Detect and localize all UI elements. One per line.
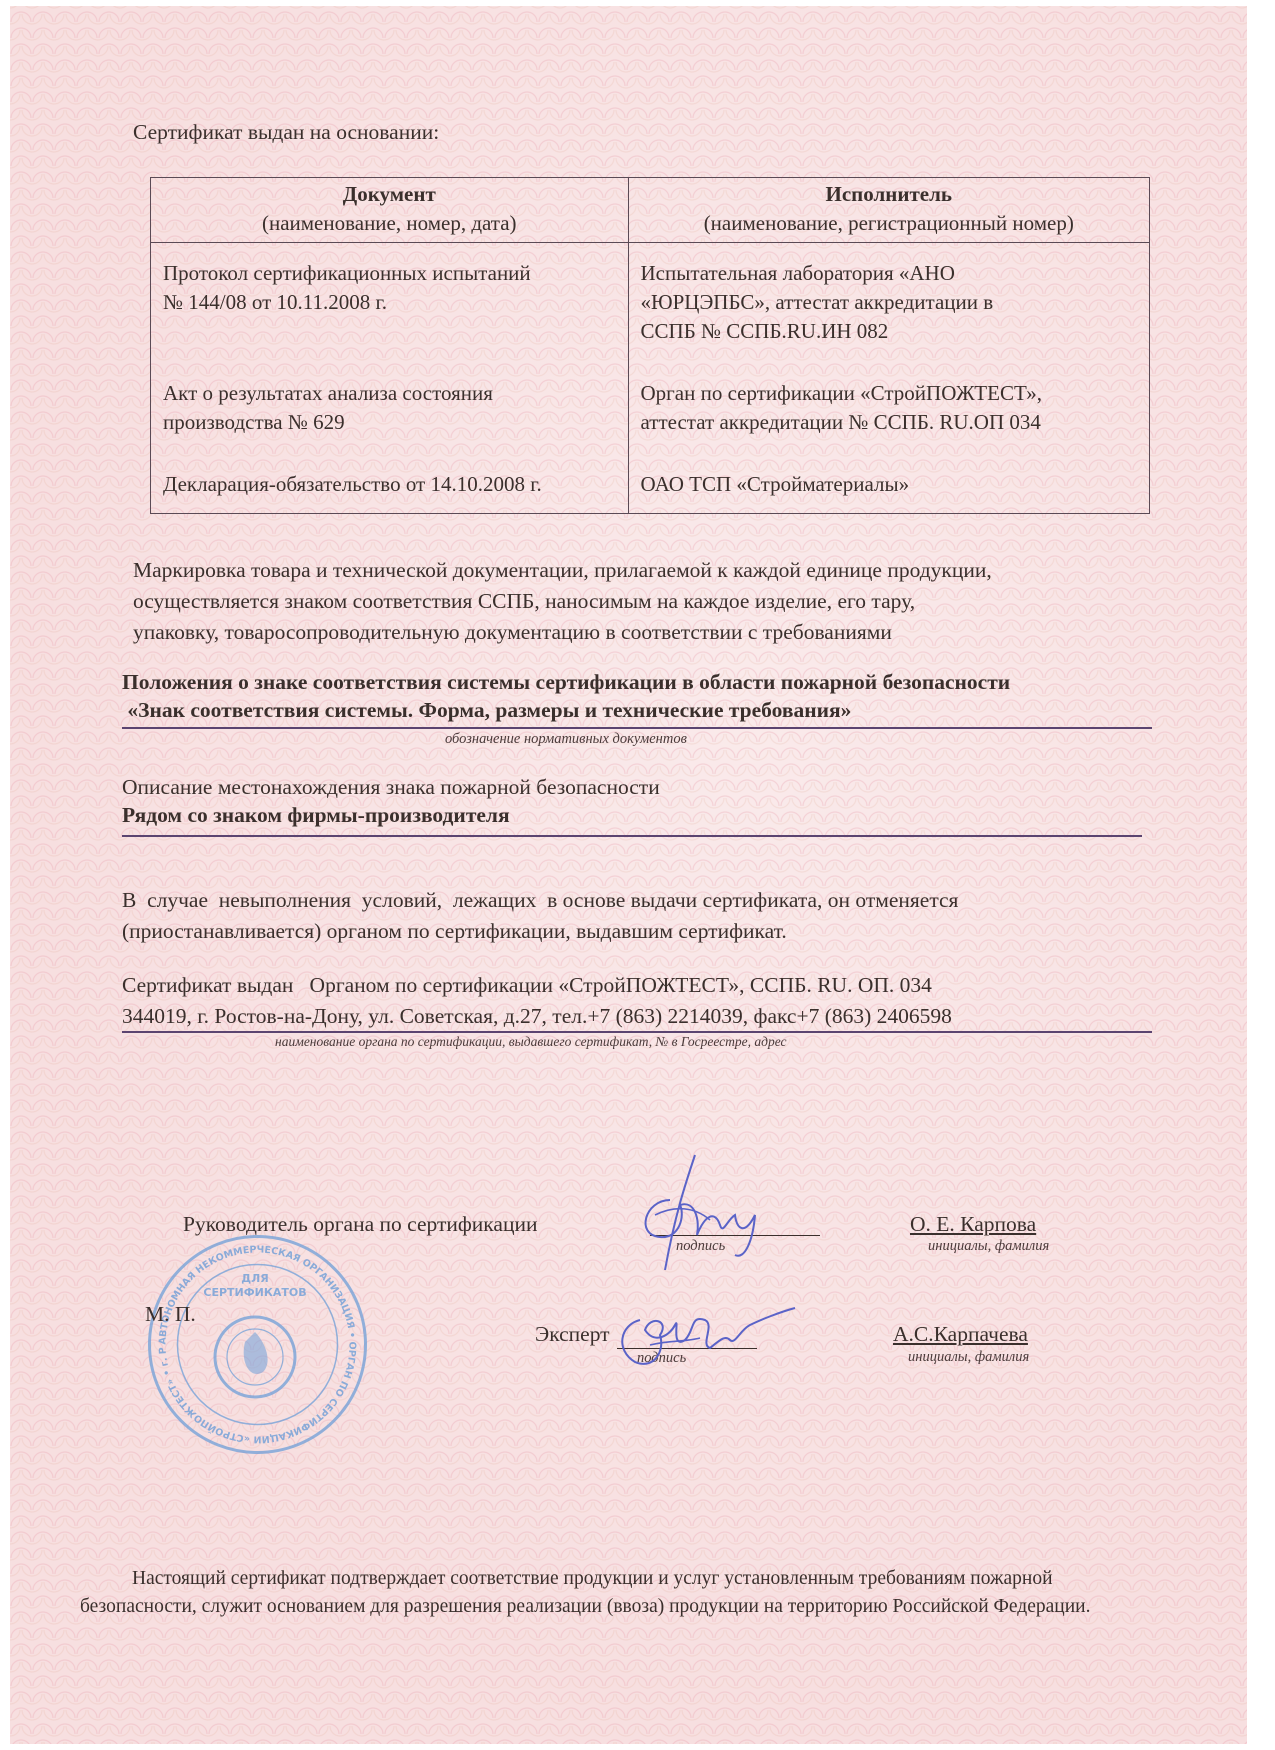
executors-cell: Испытательная лаборатория «АНО «ЮРЦЭПБС»…	[628, 243, 1149, 514]
normative-caption: обозначение нормативных документов	[445, 731, 687, 748]
certificate-footer: Настоящий сертификат подтверждает соотве…	[80, 1565, 1180, 1621]
expert-label: Эксперт	[535, 1320, 610, 1349]
document-entry-declaration: Декларация-обязательство от 14.10.2008 г…	[163, 470, 616, 499]
head-name: О. Е. Карпова	[910, 1210, 1036, 1239]
head-signature	[625, 1145, 825, 1285]
seal-label: М. П.	[145, 1300, 196, 1329]
table-header-row: Документ (наименование, номер, дата) Исп…	[151, 178, 1150, 243]
issuing-body-underline	[122, 1031, 1152, 1033]
executor-entry-lab: Испытательная лаборатория «АНО «ЮРЦЭПБС»…	[641, 259, 1137, 346]
location-value: Рядом со знаком фирмы-производителя	[122, 801, 510, 830]
issuing-body: Сертификат выдан Органом по сертификации…	[122, 970, 952, 1032]
seal-center-line-1: ДЛЯ	[241, 1272, 268, 1285]
cancellation-paragraph: В случае невыполнения условий, лежащих в…	[122, 885, 958, 947]
table-row: Протокол сертификационных испытаний № 14…	[151, 243, 1150, 514]
expert-signature	[610, 1290, 810, 1380]
column-header-document: Документ (наименование, номер, дата)	[151, 178, 629, 243]
basis-table: Документ (наименование, номер, дата) Исп…	[150, 177, 1150, 514]
executor-entry-cert-body: Орган по сертификации «СтройПОЖТЕСТ», ат…	[641, 379, 1137, 437]
executor-entry-manufacturer: ОАО ТСП «Стройматериалы»	[641, 470, 1137, 499]
issuing-body-caption: наименование органа по сертификации, выд…	[275, 1034, 787, 1050]
expert-name-caption: инициалы, фамилия	[908, 1349, 1029, 1366]
document-entry-act: Акт о результатах анализа состояния прои…	[163, 379, 616, 437]
column-header-executor: Исполнитель (наименование, регистрационн…	[628, 178, 1149, 243]
head-name-caption: инициалы, фамилия	[928, 1238, 1049, 1255]
normative-underline	[122, 727, 1152, 729]
flame-emblem-icon	[244, 1332, 268, 1374]
document-entry-protocol: Протокол сертификационных испытаний № 14…	[163, 259, 616, 346]
seal-stamp: АВТОНОМНАЯ НЕКОММЕРЧЕСКАЯ ОРГАНИЗАЦИЯ • …	[145, 1232, 370, 1457]
marking-paragraph: Маркировка товара и технической документ…	[133, 555, 992, 648]
location-underline	[122, 835, 1142, 837]
expert-name: А.С.Карпачева	[893, 1320, 1028, 1349]
normative-documents: Положения о знаке соответствия системы с…	[122, 668, 1010, 724]
documents-cell: Протокол сертификационных испытаний № 14…	[151, 243, 629, 514]
basis-heading: Сертификат выдан на основании:	[133, 118, 439, 147]
seal-center-line-2: СЕРТИФИКАТОВ	[203, 1286, 306, 1299]
location-label: Описание местонахождения знака пожарной …	[122, 773, 660, 802]
